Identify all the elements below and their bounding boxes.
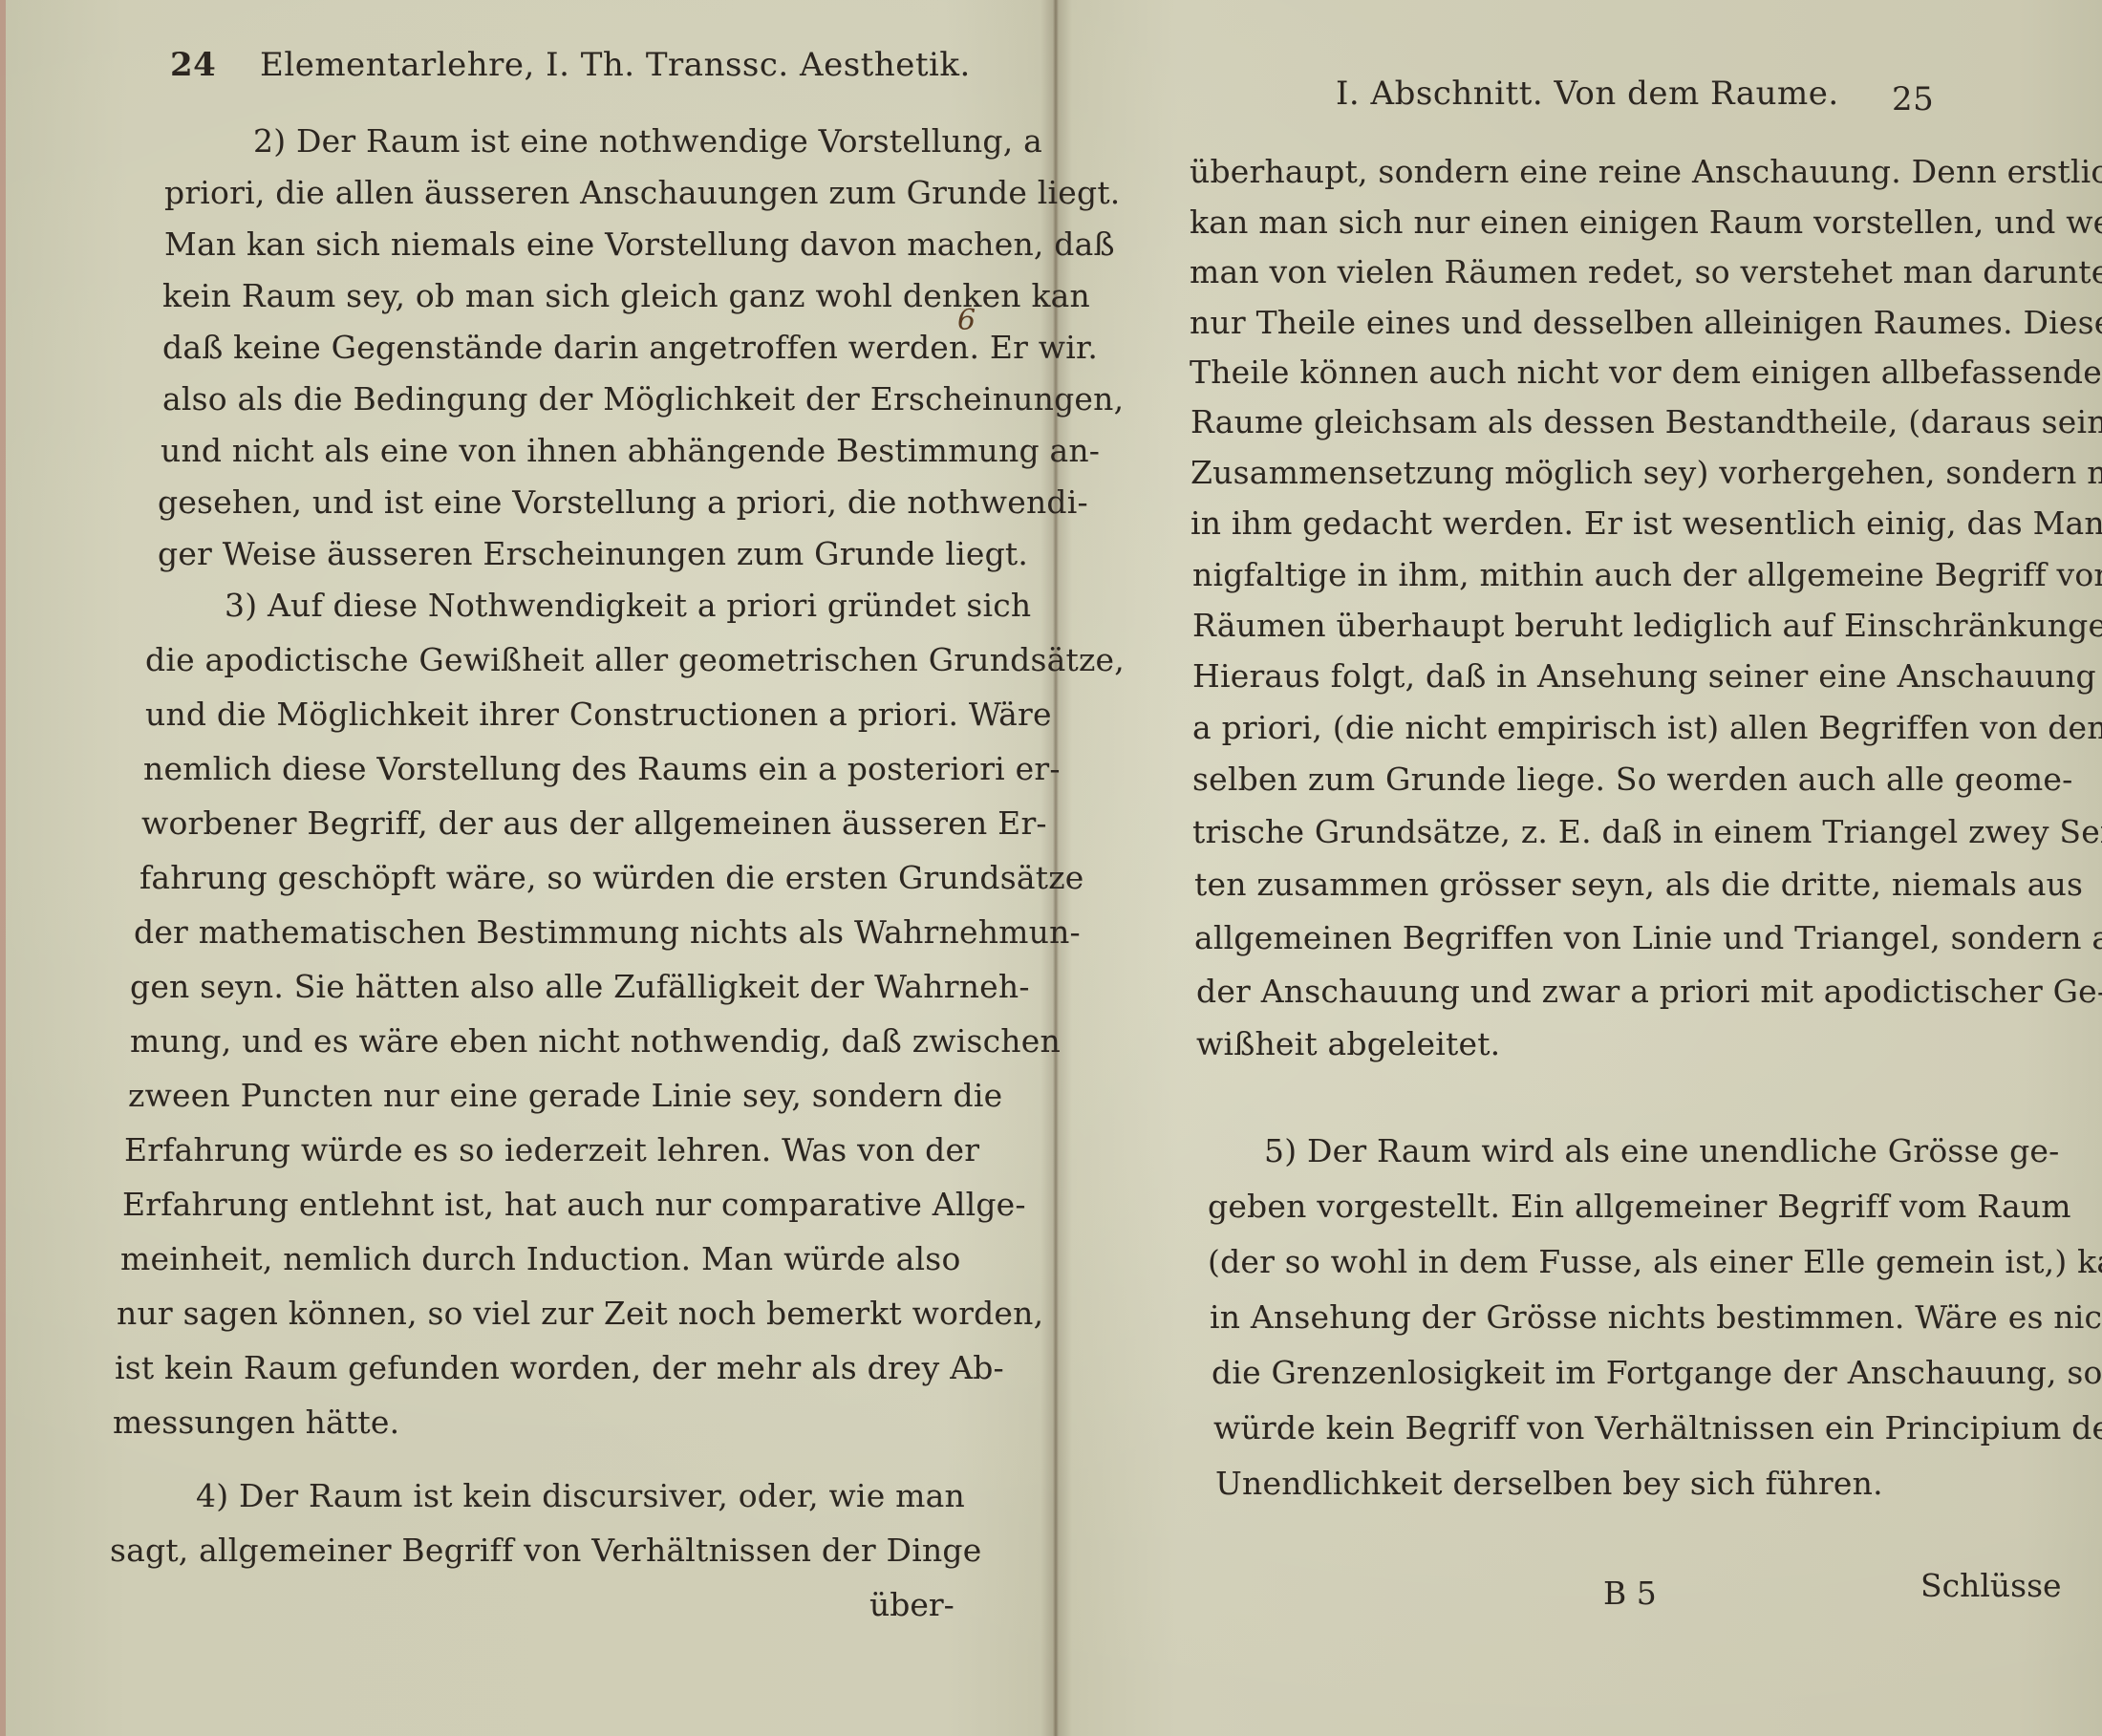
text-line: trische Grundsätze, z. E. daß in einem T… — [1192, 813, 1980, 851]
page-number: 25 — [1892, 80, 1934, 118]
left-page: 24 Elementarlehre, I. Th. Transsc. Aesth… — [0, 0, 1053, 1736]
text-line: würde kein Begriff von Verhältnissen ein… — [1213, 1409, 2005, 1447]
text-line: gen seyn. Sie hätten also alle Zufälligk… — [130, 968, 941, 1006]
text-line: der Anschauung und zwar a priori mit apo… — [1196, 973, 1985, 1011]
text-line: Man kan sich niemals eine Vorstellung da… — [164, 225, 946, 264]
text-line: Erfahrung würde es so iederzeit lehren. … — [124, 1131, 941, 1169]
book-spread: 24 Elementarlehre, I. Th. Transsc. Aesth… — [0, 0, 2102, 1736]
text-line: Erfahrung entlehnt ist, hat auch nur com… — [122, 1186, 941, 1224]
text-line: man von vielen Räumen redet, so verstehe… — [1190, 253, 1959, 291]
text-line: Zusammensetzung möglich sey) vorhergehen… — [1190, 454, 1966, 492]
text-line: Raume gleichsam als dessen Bestandtheile… — [1190, 403, 1964, 441]
text-line: die apodictische Gewißheit aller geometr… — [145, 641, 941, 679]
text-line: 5) Der Raum wird als eine unendliche Grö… — [1264, 1132, 1990, 1170]
text-line: meinheit, nemlich durch Induction. Man w… — [120, 1240, 941, 1278]
text-line: nur sagen können, so viel zur Zeit noch … — [117, 1295, 941, 1333]
text-line: und nicht als eine von ihnen abhängende … — [161, 432, 946, 470]
running-head: Elementarlehre, I. Th. Transsc. Aestheti… — [260, 46, 971, 84]
text-line: der mathematischen Bestimmung nichts als… — [134, 913, 941, 952]
signature-mark: B 5 — [1603, 1575, 1657, 1612]
text-line: ten zusammen grösser seyn, als die dritt… — [1194, 866, 1982, 904]
text-line: Theile können auch nicht vor dem einigen… — [1190, 354, 1963, 392]
text-line: nur Theile eines und desselben alleinige… — [1190, 304, 1962, 342]
catchword: Schlüsse — [1920, 1567, 2062, 1604]
text-line: gesehen, und ist eine Vorstellung a prio… — [158, 483, 946, 522]
page-number: 24 — [170, 46, 216, 84]
text-line: Unendlichkeit derselben bey sich führen. — [1215, 1465, 2006, 1503]
text-line: überhaupt, sondern eine reine Anschauung… — [1190, 153, 1954, 191]
text-line: und die Möglichkeit ihrer Constructionen… — [145, 696, 941, 734]
text-line: geben vorgestellt. Ein allgemeiner Begri… — [1208, 1188, 1993, 1226]
text-line: in ihm gedacht werden. Er ist wesentlich… — [1190, 504, 1966, 543]
text-line: also als die Bedingung der Möglichkeit d… — [162, 380, 946, 418]
text-line: Hieraus folgt, daß in Ansehung seiner ei… — [1192, 657, 1974, 696]
text-line: nigfaltige in ihm, mithin auch der allge… — [1192, 556, 1968, 594]
text-line: messungen hätte. — [113, 1404, 941, 1442]
text-line: sagt, allgemeiner Begriff von Verhältnis… — [110, 1532, 941, 1570]
text-line: selben zum Grunde liege. So werden auch … — [1192, 761, 1978, 799]
text-line: priori, die allen äusseren Anschauungen … — [164, 174, 946, 212]
catchword: über- — [869, 1586, 954, 1623]
text-line: Räumen überhaupt beruht lediglich auf Ei… — [1192, 607, 1971, 645]
text-line: fahrung geschöpft wäre, so würden die er… — [139, 859, 941, 897]
right-page: I. Abschnitt. Von dem Raume. 25 überhaup… — [1059, 0, 2102, 1736]
text-line: die Grenzenlosigkeit im Fortgange der An… — [1212, 1354, 2001, 1392]
text-line: 3) Auf diese Nothwendigkeit a priori grü… — [225, 587, 941, 625]
text-line: in Ansehung der Grösse nichts bestimmen.… — [1210, 1298, 1997, 1337]
running-head: I. Abschnitt. Von dem Raume. — [1336, 75, 1839, 113]
text-line: 2) Der Raum ist eine nothwendige Vorstel… — [253, 122, 946, 161]
text-line: wißheit abgeleitet. — [1196, 1025, 1985, 1063]
text-line: worbener Begriff, der aus der allgemeine… — [141, 804, 941, 843]
text-line: nemlich diese Vorstellung des Raums ein … — [143, 750, 941, 788]
text-line: 4) Der Raum ist kein discursiver, oder, … — [196, 1477, 941, 1515]
margin-annotation: 6 — [957, 304, 976, 337]
text-line: zween Puncten nur eine gerade Linie sey,… — [128, 1077, 941, 1115]
text-line: daß keine Gegenstände darin angetroffen … — [162, 329, 946, 367]
text-line: a priori, (die nicht empirisch ist) alle… — [1192, 709, 1976, 747]
text-line: (der so wohl in dem Fusse, als einer Ell… — [1208, 1243, 1995, 1281]
text-line: ger Weise äusseren Erscheinungen zum Gru… — [158, 535, 946, 573]
text-line: kein Raum sey, ob man sich gleich ganz w… — [162, 277, 941, 315]
text-line: allgemeinen Begriffen von Linie und Tria… — [1194, 919, 1984, 957]
text-line: kan man sich nur einen einigen Raum vors… — [1190, 204, 1959, 242]
text-line: ist kein Raum gefunden worden, der mehr … — [115, 1349, 941, 1387]
text-line: mung, und es wäre eben nicht nothwendig,… — [130, 1022, 941, 1061]
